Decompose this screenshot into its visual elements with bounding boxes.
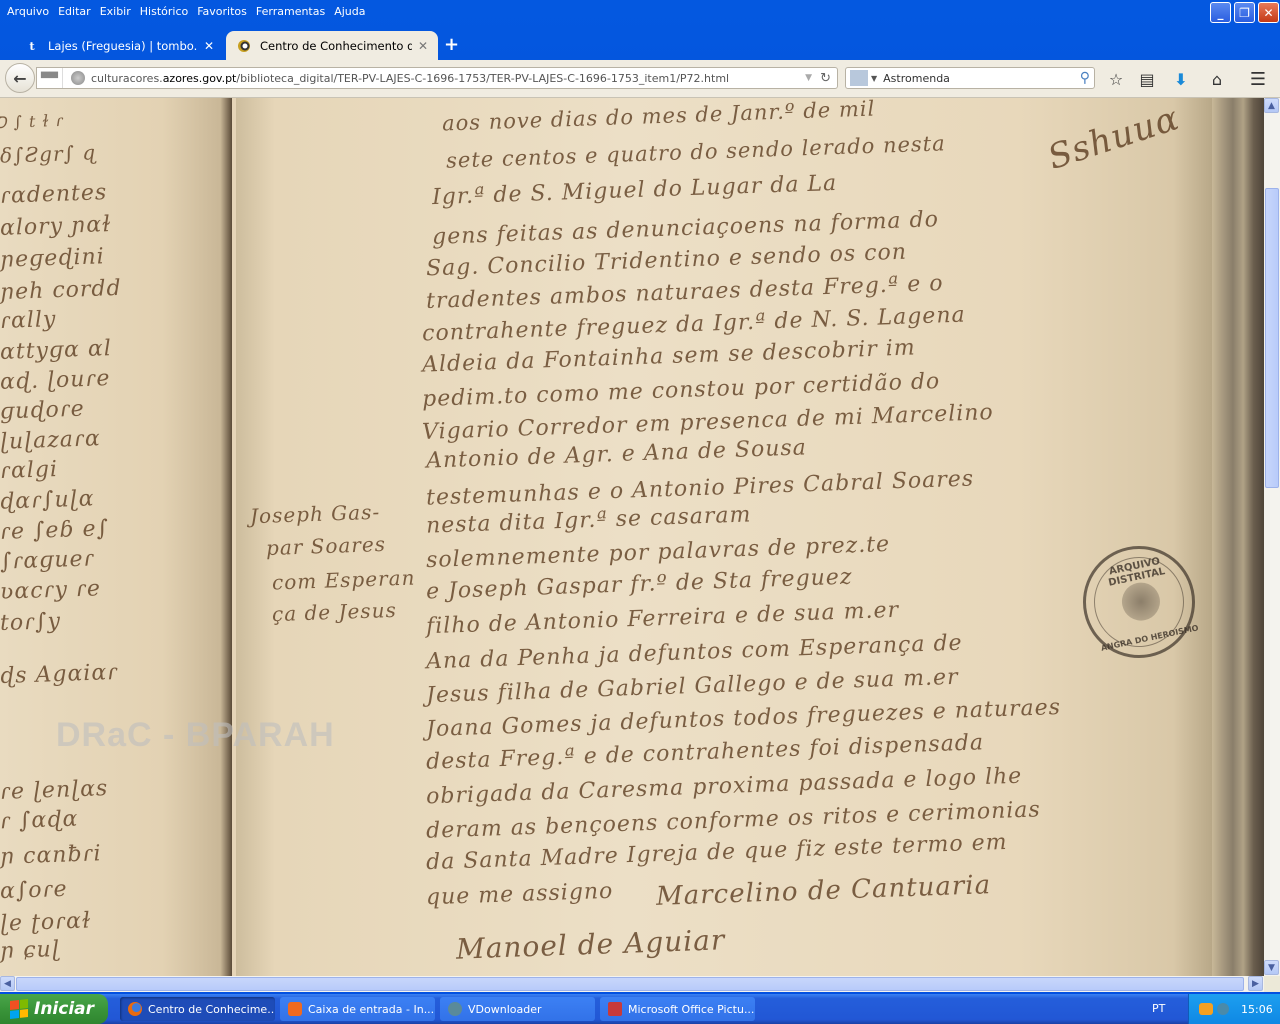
close-tab-icon[interactable]: ✕ [418, 39, 428, 53]
home-icon[interactable]: ⌂ [1207, 69, 1227, 89]
mail-icon [288, 1002, 302, 1016]
office-picture-icon [608, 1002, 622, 1016]
clock: 15:06 [1241, 1003, 1273, 1016]
menu-exibir[interactable]: Exibir [97, 5, 137, 18]
back-arrow-icon: ← [13, 69, 26, 88]
start-button[interactable]: Iniciar [0, 994, 108, 1024]
scroll-right-button[interactable]: ▶ [1248, 976, 1263, 991]
page-stack-edge [1212, 98, 1264, 976]
menu-historico[interactable]: Histórico [137, 5, 194, 18]
menu-ferramentas[interactable]: Ferramentas [253, 5, 331, 18]
tab-label: Lajes (Freguesia) | tombo.pt [48, 39, 198, 53]
close-window-button[interactable]: ✕ [1258, 2, 1279, 23]
tray-mail-icon[interactable] [1199, 1003, 1213, 1015]
search-bar[interactable]: ▼ Astromenda ⚲ [845, 67, 1095, 89]
tombo-t-icon: t [24, 38, 40, 54]
manuscript-page-right: aos nove dias do mes de Janr.º de mil se… [236, 98, 1212, 976]
watermark: DRaC - BPARAH [56, 716, 335, 755]
globe-icon [71, 71, 85, 85]
reload-icon[interactable]: ↻ [820, 71, 831, 86]
search-engine-dropdown-icon[interactable]: ▼ [871, 74, 877, 83]
manuscript-line: filho de Antonio Ferreira e de sua m.er [426, 598, 900, 639]
search-engine-icon[interactable] [850, 70, 868, 86]
manuscript-page-left: Ꝺ ∫ t ɫ ɾ δ∫Ƨgr∫ ɋ ɾɑdentes ɑlory ɲɑɫ ɲe… [0, 98, 232, 976]
system-tray: 15:06 [1188, 994, 1280, 1024]
menu-editar[interactable]: Editar [55, 5, 97, 18]
signature: Manoel de Aguiar [456, 923, 726, 965]
new-tab-button[interactable]: + [444, 34, 459, 55]
manuscript-line: aos nove dias do mes de Janr.º de mil [442, 98, 876, 136]
margin-note: Joseph Gas- [250, 500, 381, 529]
manuscript-line: que me assigno [426, 879, 614, 911]
manuscript-line: Igr.ª de S. Miguel do Lugar da La [432, 171, 838, 210]
signature: Marcelino de Cantuaria [656, 870, 992, 912]
restore-button[interactable]: ❐ [1234, 2, 1255, 23]
download-icon[interactable]: ⬇ [1171, 69, 1191, 89]
url-history-dropdown-icon[interactable]: ▼ [805, 73, 812, 83]
tray-network-icon[interactable] [1217, 1003, 1229, 1015]
tab-groups-icon[interactable]: ▀▀ [37, 68, 63, 88]
tab-tombo[interactable]: t Lajes (Freguesia) | tombo.pt ✕ [14, 31, 224, 60]
task-office-picture[interactable]: Microsoft Office Pictu... [600, 997, 755, 1021]
close-tab-icon[interactable]: ✕ [204, 39, 214, 53]
horizontal-scrollbar[interactable]: ◀ ▶ [0, 976, 1264, 992]
scrollbar-corner [1264, 976, 1280, 992]
culturacores-icon [236, 38, 252, 54]
margin-note: ça de Jesus [272, 598, 398, 626]
margin-note: par Soares [266, 532, 387, 560]
menu-favoritos[interactable]: Favoritos [194, 5, 253, 18]
url-bar[interactable]: ▀▀ culturacores.azores.gov.pt/biblioteca… [36, 67, 838, 89]
language-indicator[interactable]: PT [1152, 1002, 1165, 1015]
menu-bar: Arquivo Editar Exibir Histórico Favorito… [0, 0, 1200, 22]
search-icon[interactable]: ⚲ [1080, 70, 1090, 86]
menu-ajuda[interactable]: Ajuda [331, 5, 371, 18]
vertical-scrollbar[interactable]: ▲ ▼ [1264, 98, 1280, 976]
search-input[interactable]: Astromenda [883, 72, 1080, 85]
scroll-up-button[interactable]: ▲ [1264, 98, 1279, 113]
minimize-button[interactable]: _ [1210, 2, 1231, 23]
signature-flourish: Sshuuɑ [1043, 98, 1184, 178]
horizontal-scroll-thumb[interactable] [16, 977, 1244, 991]
menu-hamburger-icon[interactable]: ☰ [1248, 69, 1268, 89]
margin-note: com Esperan [272, 566, 416, 595]
vertical-scroll-thumb[interactable] [1265, 188, 1279, 488]
manuscript-line: sete centos e quatro do sendo lerado nes… [446, 131, 946, 172]
tab-label: Centro de Conhecimento dos ... [260, 39, 412, 53]
scroll-down-button[interactable]: ▼ [1264, 960, 1279, 975]
firefox-icon [128, 1002, 142, 1016]
taskbar: Iniciar Centro de Conhecime... Caixa de … [0, 994, 1280, 1024]
task-vdownloader[interactable]: VDownloader [440, 997, 595, 1021]
menu-arquivo[interactable]: Arquivo [4, 5, 55, 18]
navigation-toolbar: ← ▀▀ culturacores.azores.gov.pt/bibliote… [0, 60, 1280, 98]
bookmark-star-icon[interactable]: ☆ [1106, 69, 1126, 89]
url-text[interactable]: culturacores.azores.gov.pt/biblioteca_di… [91, 72, 805, 85]
tab-strip: t Lajes (Freguesia) | tombo.pt ✕ Centro … [0, 28, 1280, 60]
tab-centro-conhecimento[interactable]: Centro de Conhecimento dos ... ✕ [226, 31, 438, 60]
windows-logo-icon [10, 999, 28, 1019]
vdownloader-icon [448, 1002, 462, 1016]
scroll-left-button[interactable]: ◀ [0, 976, 15, 991]
back-button[interactable]: ← [5, 63, 35, 93]
task-mail[interactable]: Caixa de entrada - In... [280, 997, 435, 1021]
task-firefox[interactable]: Centro de Conhecime... [120, 997, 275, 1021]
bookmarks-list-icon[interactable]: ▤ [1137, 69, 1157, 89]
manuscript-viewer: Ꝺ ∫ t ɫ ɾ δ∫Ƨgr∫ ɋ ɾɑdentes ɑlory ɲɑɫ ɲe… [0, 98, 1264, 976]
